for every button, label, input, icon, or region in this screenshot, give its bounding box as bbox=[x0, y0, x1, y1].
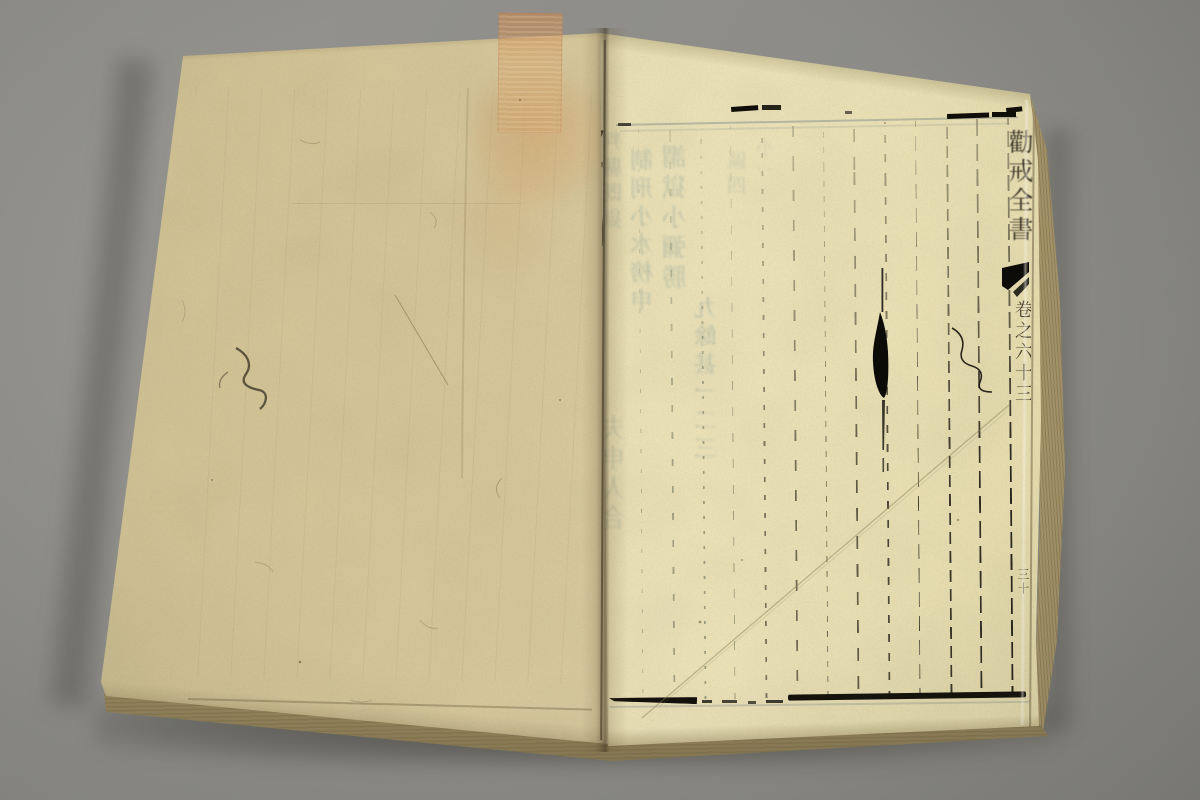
photo-scene: 判縣既獄制刑小水榜申謂獄小彌勝九餘甚一二三區四夫申人合小一 勸戒全書 卷之六十三… bbox=[0, 0, 1200, 800]
photo-vignette bbox=[0, 0, 1200, 800]
